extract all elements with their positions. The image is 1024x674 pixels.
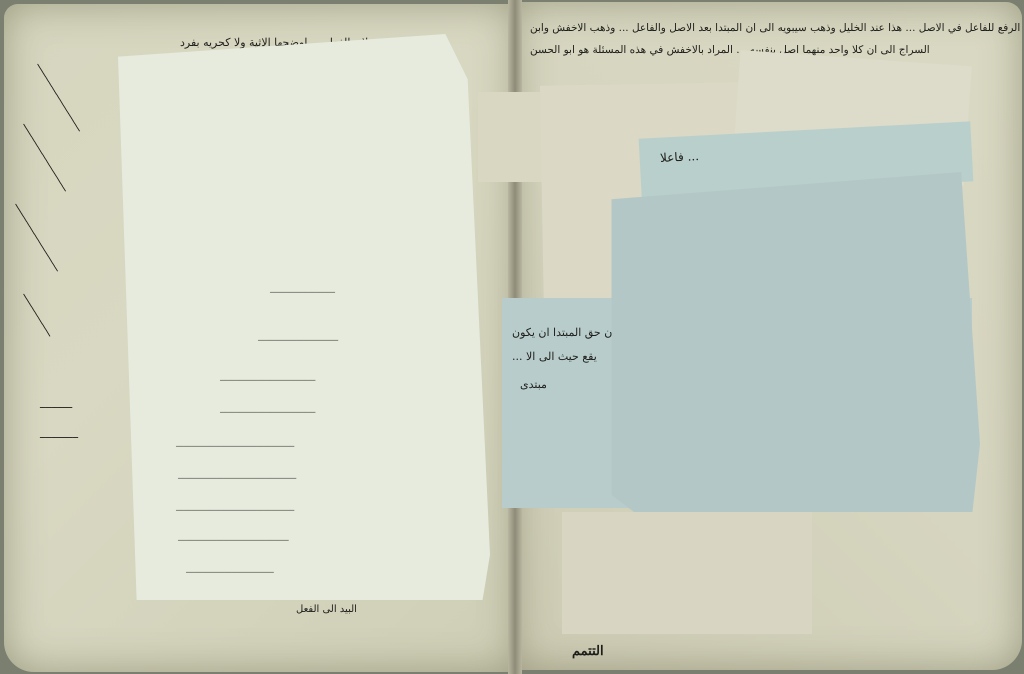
- pencil-line: ـــــــــــــــــــــــ: [186, 562, 274, 577]
- pencil-line: ـــــــــــــــــ: [270, 282, 335, 297]
- margin-gloss: ـــــــــــــ: [40, 430, 78, 441]
- right-top-line-2: السراج الى ان كلا واحد منهما اصل بنفسه .…: [530, 44, 930, 56]
- blue-slip-left-line: مبتدى: [520, 378, 547, 391]
- pencil-line: ـــــــــــــــــــــــــــــــ: [178, 468, 296, 483]
- left-bottom-note: البيد الى الفعل: [296, 604, 357, 615]
- right-bottom-label: التتمم: [572, 644, 604, 659]
- pencil-line: ـــــــــــــــــــــــــــــ: [178, 530, 288, 545]
- pencil-line: ـــــــــــــــــــــ: [258, 330, 338, 345]
- pencil-line: ـــــــــــــــــــــــــــــــ: [176, 500, 294, 515]
- bottom-cream-slip: [562, 512, 812, 634]
- paper-strip: [478, 92, 550, 182]
- blue-slip-left-line: لان حق المبتدا ان يكون: [512, 326, 619, 339]
- pencil-note-slip: [118, 34, 490, 600]
- margin-gloss: ـــــــــــ: [40, 400, 72, 411]
- blue-slip-large: [604, 172, 980, 512]
- pencil-line: ـــــــــــــــــــــــــــــــ: [176, 436, 294, 451]
- manuscript-photo: لان الفعل ... اوضحها الاثية ولا كحريه بف…: [0, 0, 1024, 674]
- blue-slip-left-line: يقع حيث الى الا ...: [512, 350, 597, 363]
- blue-slip-text: ... فاعلا: [660, 149, 700, 165]
- pencil-line: ـــــــــــــــــــــــــ: [220, 370, 315, 385]
- pencil-line: ـــــــــــــــــــــــــ: [220, 402, 315, 417]
- right-top-line-1: لان الرفع للفاعل في الاصل ... هذا عند ال…: [530, 22, 1024, 34]
